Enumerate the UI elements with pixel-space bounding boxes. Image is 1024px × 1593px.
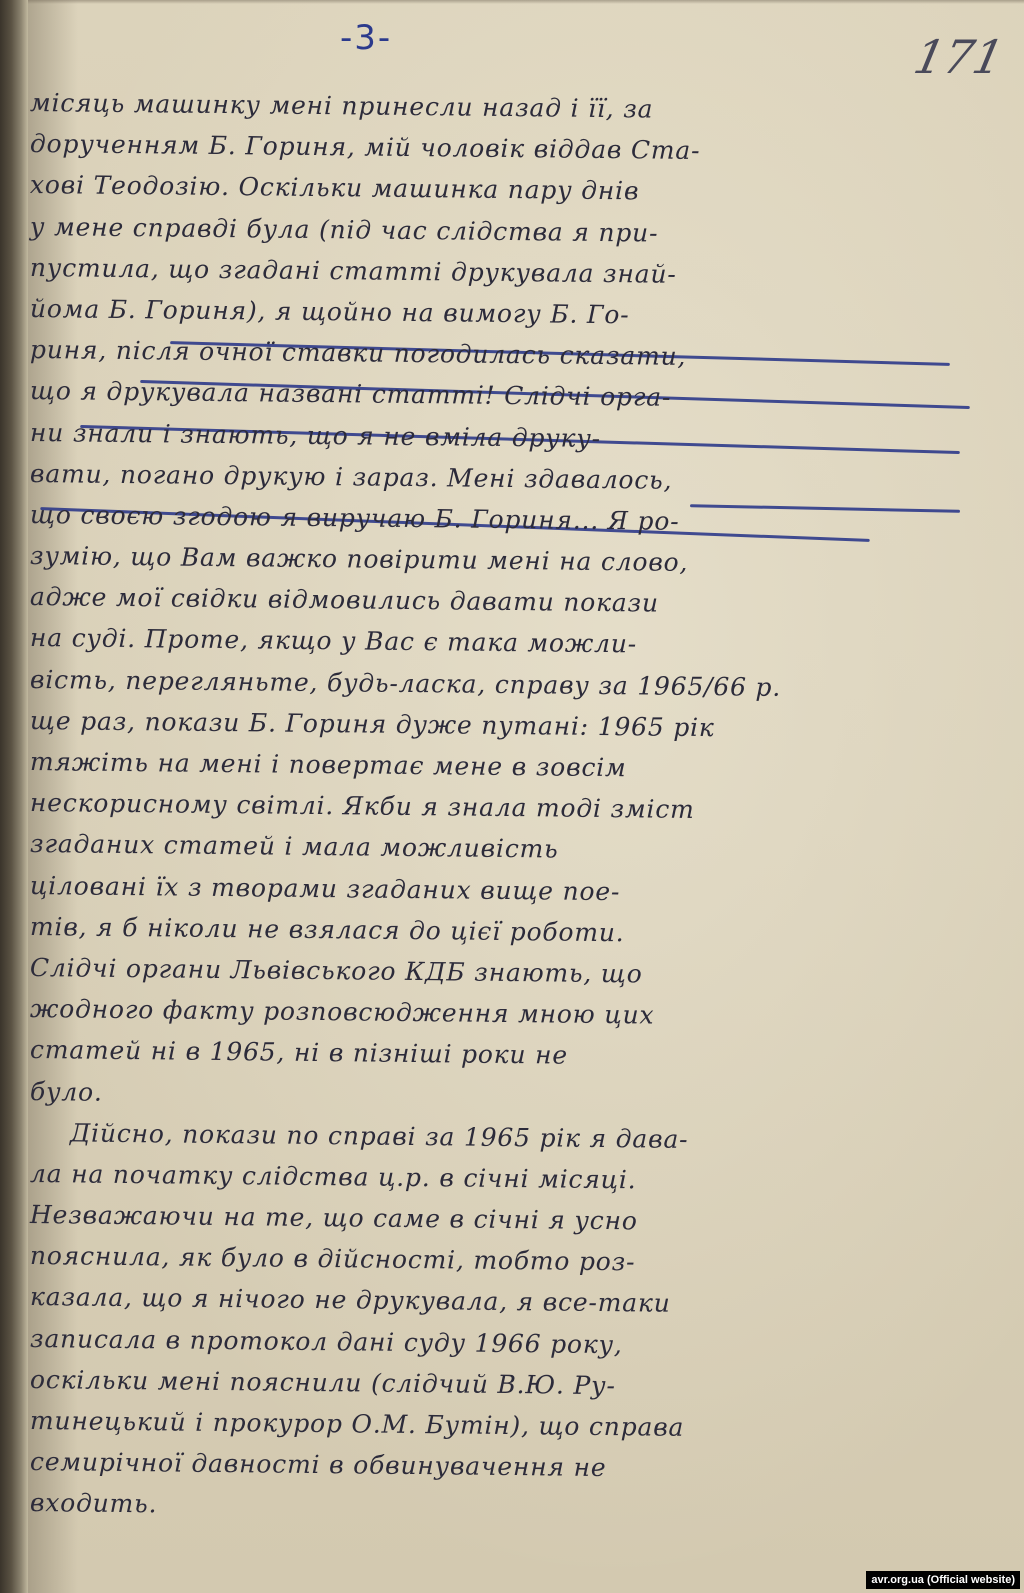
source-watermark: avr.org.ua (Official website) [866,1571,1020,1589]
text-line: входить. [30,1482,990,1533]
handwritten-text-body: місяць машинку мені принесли назад і її,… [30,82,990,1524]
page-top-edge [0,0,1024,4]
archival-document-page: -3- 171 місяць машинку мені принесли наз… [0,0,1024,1593]
page-marker: -3- [340,18,392,58]
book-binding-edge [0,0,28,1593]
archive-folio-number: 171 [909,30,1008,84]
